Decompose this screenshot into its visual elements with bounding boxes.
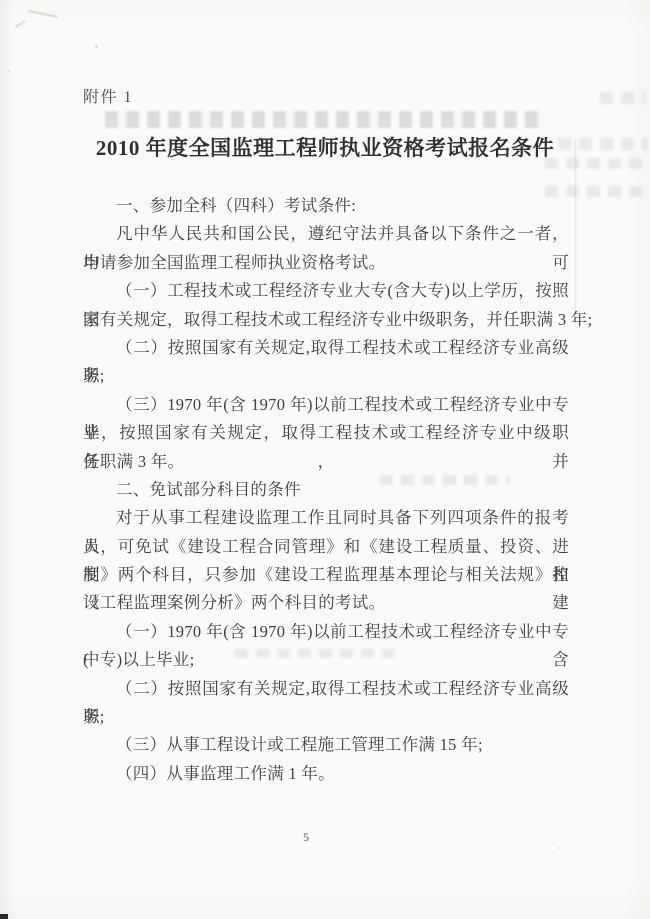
scanned-document-page: 附件 1 2010 年度全国监理工程师执业资格考试报名条件 一、参加全科（四科）…	[0, 0, 650, 919]
document-title: 2010 年度全国监理工程师执业资格考试报名条件	[0, 132, 650, 162]
scan-edge-artifact	[0, 914, 8, 919]
body-line: 制》两个科目，只参加《建设工程监理基本理论与相关法规》和《建	[83, 561, 569, 589]
bleedthrough-ghost-title	[105, 111, 545, 128]
body-line-section2-heading: 二、免试部分科目的条件	[83, 476, 569, 504]
body-line-item4: （四）从事监理工作满 1 年。	[83, 760, 569, 788]
scan-speck	[558, 847, 560, 849]
page-number: 5	[303, 830, 310, 845]
body-line-item1: （一）1970 年(含 1970 年)以前工程技术或工程经济专业中专(含	[83, 618, 569, 646]
body-line-item2: （二）按照国家有关规定,取得工程技术或工程经济专业高级职	[83, 334, 569, 362]
document-body: 一、参加全科（四科）考试条件: 凡中华人民共和国公民，遵纪守法并具备以下条件之一…	[83, 192, 569, 788]
body-line-section1-heading: 一、参加全科（四科）考试条件:	[83, 192, 569, 220]
body-line: 员，可免试《建设工程合同管理》和《建设工程质量、投资、进度控	[83, 533, 569, 561]
body-line-item3: （三）1970 年(含 1970 年)以前工程技术或工程经济专业中专毕	[83, 391, 569, 419]
scan-crease-mark	[28, 10, 58, 18]
body-line-item2: （二）按照国家有关规定,取得工程技术或工程经济专业高级职	[83, 675, 569, 703]
scan-crease-mark	[15, 20, 26, 28]
scan-speck	[8, 70, 10, 72]
body-line-item3: （三）从事工程设计或工程施工管理工作满 15 年;	[83, 731, 569, 759]
attachment-label: 附件 1	[83, 84, 133, 107]
body-line: 家有关规定，取得工程技术或工程经济专业中级职务，并任职满 3 年;	[83, 306, 569, 334]
body-line: 凡中华人民共和国公民，遵纪守法并具备以下条件之一者，均可	[83, 220, 569, 248]
body-line: 务;	[83, 362, 569, 390]
body-line: 务;	[83, 703, 569, 731]
bleedthrough-rule	[575, 140, 576, 325]
body-line: 对于从事工程建设监理工作且同时具备下列四项条件的报考人	[83, 504, 569, 532]
bleedthrough-ghost	[600, 92, 645, 104]
body-line: 业，按照国家有关规定，取得工程技术或工程经济专业中级职务，并	[83, 419, 569, 447]
body-line-item1: （一）工程技术或工程经济专业大专(含大专)以上学历，按照国	[83, 277, 569, 305]
scan-speck	[95, 45, 98, 48]
